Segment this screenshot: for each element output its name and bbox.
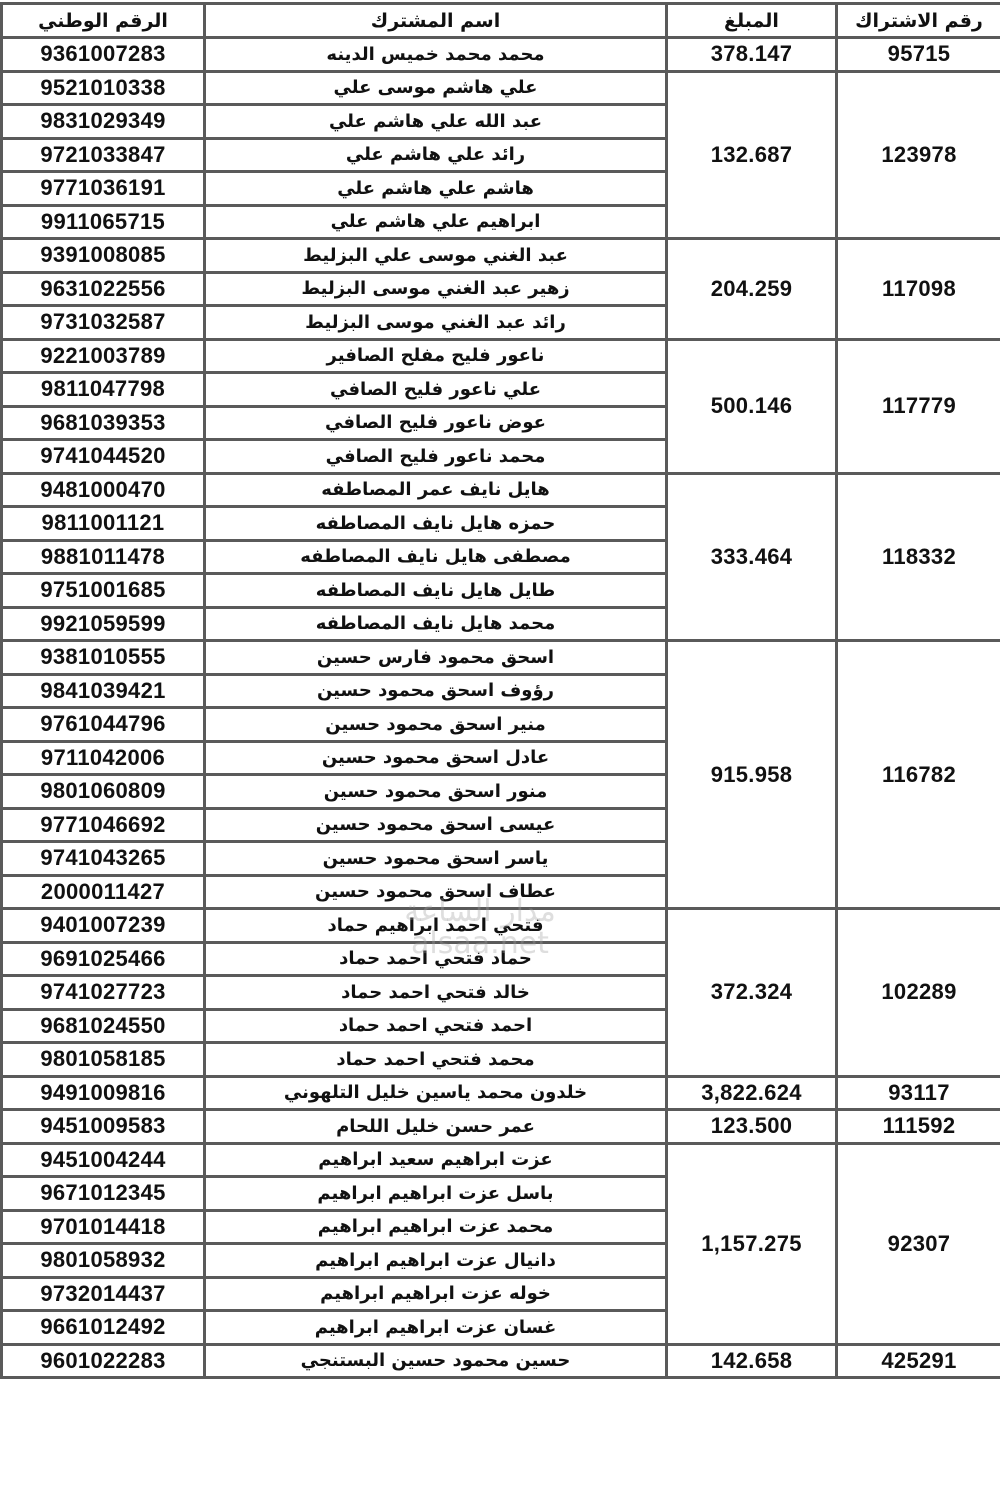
subscriber-name-cell: هايل نايف عمر المصاطفه <box>205 473 667 507</box>
national-id-cell: 9221003789 <box>2 339 205 373</box>
national-id-cell: 9711042006 <box>2 741 205 775</box>
subscription-no-cell: 102289 <box>837 909 1000 1077</box>
amount-cell: 500.146 <box>667 339 837 473</box>
subscriber-name-cell: عادل اسحق محمود حسين <box>205 741 667 775</box>
national-id-cell: 9881011478 <box>2 540 205 574</box>
header-row: الرقم الوطني اسم المشترك المبلغ رقم الاش… <box>2 4 1000 38</box>
amount-cell: 204.259 <box>667 239 837 340</box>
subscriber-name-cell: حمزه هايل نايف المصاطفه <box>205 507 667 541</box>
amount-cell: 132.687 <box>667 71 837 239</box>
national-id-cell: 9451009583 <box>2 1110 205 1144</box>
subscription-no-cell: 123978 <box>837 71 1000 239</box>
table-row: 9361007283محمد محمد خميس الدينه378.14795… <box>2 38 1000 72</box>
subscriber-name-cell: عبد الغني موسى علي البزليط <box>205 239 667 273</box>
subscription-no-cell: 425291 <box>837 1344 1000 1378</box>
national-id-cell: 9771036191 <box>2 172 205 206</box>
table-row: 9491009816خلدون محمد ياسين خليل التلهوني… <box>2 1076 1000 1110</box>
subscriber-name-cell: عبد الله علي هاشم علي <box>205 105 667 139</box>
subscriber-name-cell: دانيال عزت ابراهيم ابراهيم <box>205 1244 667 1278</box>
national-id-cell: 9691025466 <box>2 942 205 976</box>
subscriber-name-cell: اسحق محمود فارس حسين <box>205 641 667 675</box>
subscriber-name-cell: علي ناعور فليح الصافي <box>205 373 667 407</box>
table-row: 9521010338علي هاشم موسى علي132.687123978 <box>2 71 1000 105</box>
amount-cell: 378.147 <box>667 38 837 72</box>
subscriber-name-cell: محمد محمد خميس الدينه <box>205 38 667 72</box>
subscriber-name-cell: ناعور فليح مفلح الصافير <box>205 339 667 373</box>
national-id-cell: 9732014437 <box>2 1277 205 1311</box>
national-id-cell: 9801058932 <box>2 1244 205 1278</box>
subscriber-name-cell: عوض ناعور فليح الصافي <box>205 406 667 440</box>
subscription-no-cell: 117098 <box>837 239 1000 340</box>
subscriber-name-cell: منور اسحق محمود حسين <box>205 775 667 809</box>
national-id-cell: 9381010555 <box>2 641 205 675</box>
subscriber-name-cell: علي هاشم موسى علي <box>205 71 667 105</box>
national-id-cell: 9721033847 <box>2 138 205 172</box>
national-id-cell: 9841039421 <box>2 674 205 708</box>
national-id-cell: 9801058185 <box>2 1043 205 1077</box>
amount-cell: 123.500 <box>667 1110 837 1144</box>
national-id-cell: 9481000470 <box>2 473 205 507</box>
table-row: 9391008085عبد الغني موسى علي البزليط204.… <box>2 239 1000 273</box>
amount-cell: 3,822.624 <box>667 1076 837 1110</box>
amount-cell: 1,157.275 <box>667 1143 837 1344</box>
national-id-cell: 9361007283 <box>2 38 205 72</box>
subscriber-name-cell: زهير عبد الغني موسى البزليط <box>205 272 667 306</box>
national-id-cell: 9741027723 <box>2 976 205 1010</box>
subscriber-name-cell: محمد ناعور فليح الصافي <box>205 440 667 474</box>
subscriber-name-cell: حماد فتحي احمد حماد <box>205 942 667 976</box>
table-row: 9381010555اسحق محمود فارس حسين915.958116… <box>2 641 1000 675</box>
table-row: 9221003789ناعور فليح مفلح الصافير500.146… <box>2 339 1000 373</box>
subscriber-name-cell: مصطفى هايل نايف المصاطفه <box>205 540 667 574</box>
subscriber-name-cell: محمد فتحي احمد حماد <box>205 1043 667 1077</box>
header-subscription-no: رقم الاشتراك <box>837 4 1000 38</box>
amount-cell: 142.658 <box>667 1344 837 1378</box>
national-id-cell: 9671012345 <box>2 1177 205 1211</box>
table-row: 9451004244عزت ابراهيم سعيد ابراهيم1,157.… <box>2 1143 1000 1177</box>
subscription-no-cell: 118332 <box>837 473 1000 641</box>
subscriber-name-cell: محمد عزت ابراهيم ابراهيم <box>205 1210 667 1244</box>
national-id-cell: 9601022283 <box>2 1344 205 1378</box>
national-id-cell: 9911065715 <box>2 205 205 239</box>
subscriber-name-cell: ياسر اسحق محمود حسين <box>205 842 667 876</box>
subscriber-name-cell: عمر حسن خليل اللحام <box>205 1110 667 1144</box>
subscriber-name-cell: خالد فتحي احمد حماد <box>205 976 667 1010</box>
national-id-cell: 9751001685 <box>2 574 205 608</box>
national-id-cell: 9731032587 <box>2 306 205 340</box>
subscriber-name-cell: عيسى اسحق محمود حسين <box>205 808 667 842</box>
subscriber-name-cell: حسين محمود حسين البستنجي <box>205 1344 667 1378</box>
header-subscriber-name: اسم المشترك <box>205 4 667 38</box>
table-row: 9451009583عمر حسن خليل اللحام123.5001115… <box>2 1110 1000 1144</box>
subscriber-name-cell: رائد عبد الغني موسى البزليط <box>205 306 667 340</box>
national-id-cell: 9401007239 <box>2 909 205 943</box>
subscriber-name-cell: خلدون محمد ياسين خليل التلهوني <box>205 1076 667 1110</box>
subscriber-name-cell: غسان عزت ابراهيم ابراهيم <box>205 1311 667 1345</box>
national-id-cell: 9811001121 <box>2 507 205 541</box>
subscription-no-cell: 92307 <box>837 1143 1000 1344</box>
subscriber-name-cell: خوله عزت ابراهيم ابراهيم <box>205 1277 667 1311</box>
national-id-cell: 9811047798 <box>2 373 205 407</box>
header-national-id: الرقم الوطني <box>2 4 205 38</box>
subscription-no-cell: 117779 <box>837 339 1000 473</box>
national-id-cell: 9801060809 <box>2 775 205 809</box>
subscriber-name-cell: رؤوف اسحق محمود حسين <box>205 674 667 708</box>
subscriber-name-cell: عزت ابراهيم سعيد ابراهيم <box>205 1143 667 1177</box>
table-row: 9401007239فتحي احمد ابراهيم حماد372.3241… <box>2 909 1000 943</box>
subscription-no-cell: 93117 <box>837 1076 1000 1110</box>
national-id-cell: 9831029349 <box>2 105 205 139</box>
amount-cell: 915.958 <box>667 641 837 909</box>
national-id-cell: 9681039353 <box>2 406 205 440</box>
national-id-cell: 9921059599 <box>2 607 205 641</box>
national-id-cell: 9631022556 <box>2 272 205 306</box>
subscriber-name-cell: هاشم علي هاشم علي <box>205 172 667 206</box>
national-id-cell: 9741043265 <box>2 842 205 876</box>
amount-cell: 372.324 <box>667 909 837 1077</box>
national-id-cell: 9491009816 <box>2 1076 205 1110</box>
table-row: 9481000470هايل نايف عمر المصاطفه333.4641… <box>2 473 1000 507</box>
national-id-cell: 9391008085 <box>2 239 205 273</box>
subscriber-name-cell: محمد هايل نايف المصاطفه <box>205 607 667 641</box>
subscriber-name-cell: احمد فتحي احمد حماد <box>205 1009 667 1043</box>
subscriber-name-cell: عطاف اسحق محمود حسين <box>205 875 667 909</box>
table-body: 9361007283محمد محمد خميس الدينه378.14795… <box>2 38 1000 1378</box>
national-id-cell: 2000011427 <box>2 875 205 909</box>
subscriber-name-cell: طايل هايل نايف المصاطفه <box>205 574 667 608</box>
national-id-cell: 9681024550 <box>2 1009 205 1043</box>
national-id-cell: 9741044520 <box>2 440 205 474</box>
header-amount: المبلغ <box>667 4 837 38</box>
subscriber-name-cell: رائد علي هاشم علي <box>205 138 667 172</box>
subscriber-name-cell: منير اسحق محمود حسين <box>205 708 667 742</box>
amount-cell: 333.464 <box>667 473 837 641</box>
national-id-cell: 9761044796 <box>2 708 205 742</box>
subscription-no-cell: 95715 <box>837 38 1000 72</box>
national-id-cell: 9701014418 <box>2 1210 205 1244</box>
national-id-cell: 9771046692 <box>2 808 205 842</box>
subscriber-name-cell: باسل عزت ابراهيم ابراهيم <box>205 1177 667 1211</box>
national-id-cell: 9661012492 <box>2 1311 205 1345</box>
national-id-cell: 9521010338 <box>2 71 205 105</box>
table-row: 9601022283حسين محمود حسين البستنجي142.65… <box>2 1344 1000 1378</box>
subscriber-name-cell: فتحي احمد ابراهيم حماد <box>205 909 667 943</box>
national-id-cell: 9451004244 <box>2 1143 205 1177</box>
subscribers-table: الرقم الوطني اسم المشترك المبلغ رقم الاش… <box>0 2 1000 1379</box>
subscriber-name-cell: ابراهيم علي هاشم علي <box>205 205 667 239</box>
subscription-no-cell: 111592 <box>837 1110 1000 1144</box>
subscription-no-cell: 116782 <box>837 641 1000 909</box>
